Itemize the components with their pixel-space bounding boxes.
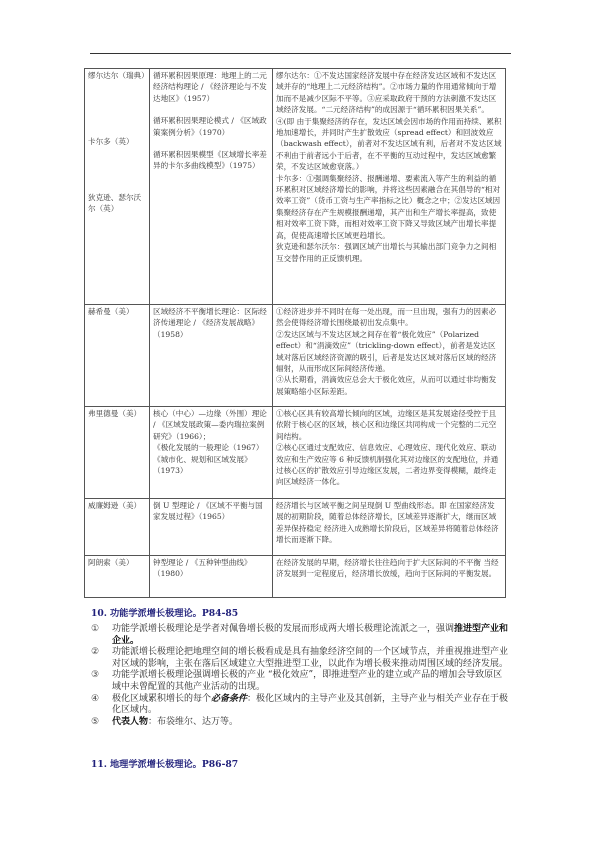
scholar-name: 弗里德曼（美） [88, 408, 146, 419]
table-row: 弗里德曼（美） 核心（中心）—边缘（外围）理论 / 《区域发展政策—委内瑞拉案例… [85, 407, 506, 499]
scholar-name: 卡尔多（英） [88, 136, 146, 147]
list-item: ④ 极化区域累积增长的每个必备条件：极化区域内的主导产业及其创新，主导产业与相关… [91, 694, 511, 717]
scholar-cell: 阿朗索（美） [85, 556, 150, 598]
theory-text: 钟型理论 / 《五种钟型曲线》（1980） [153, 557, 269, 580]
theory-text: 核心（中心）—边缘（外围）理论 / 《区域发展政策—委内瑞拉案例研究》（1966… [153, 408, 269, 442]
content-text: ③从长期看，涓滴效应总会大于极化效应，从而可以通过非均衡发展策略缩小区际差距。 [276, 374, 502, 397]
section-title: 功能学派增长极理论。P84-85 [110, 608, 238, 619]
content-text: ①核心区具有较高增长倾向的区域，边缘区是其发展途径受控于且依附于核心区的区域，核… [276, 408, 502, 442]
theory-text: 循环累积因果理论模式 / 《区域政策案例分析》（1970） [153, 115, 269, 138]
scholar-cell: 赫希曼（美） [85, 305, 150, 407]
list-item: ① 功能学派增长极理论是学者对佩鲁增长极的发展而形成两大增长极理论流派之一，强调… [91, 624, 511, 647]
theory-table: 缪尔达尔（瑞典） 卡尔多（英） 狄克逊、瑟尔沃尔（英） 循环累积因果原理：地理上… [84, 68, 506, 598]
table-row: 阿朗索（美） 钟型理论 / 《五种钟型曲线》（1980） 在经济发展的早期，经济… [85, 556, 506, 598]
scholar-cell: 威廉姆逊（美） [85, 499, 150, 556]
section-number: 11. [91, 759, 110, 771]
section-10-list: ① 功能学派增长极理论是学者对佩鲁增长极的发展而形成两大增长极理论流派之一，强调… [91, 624, 511, 728]
theory-cell: 钟型理论 / 《五种钟型曲线》（1980） [150, 556, 273, 598]
theory-cell: 核心（中心）—边缘（外围）理论 / 《区域发展政策—委内瑞拉案例研究》（1966… [150, 407, 273, 499]
theory-text: 《极化发展的一般理论（1967） [153, 442, 269, 453]
content-cell: 经济增长与区域平衡之间呈现倒 U 型曲线形态。即 在国家经济发展的初期阶段，随着… [273, 499, 506, 556]
theory-text: 循环累积因果模型《区域增长率差异的卡尔多曲线模型》（1975） [153, 149, 269, 172]
list-marker: ③ [91, 670, 112, 693]
scholar-name: 缪尔达尔（瑞典） [88, 70, 146, 81]
table-row: 赫希曼（美） 区域经济不平衡增长理论：区际经济传递理论 / 《经济发展战略》（1… [85, 305, 506, 407]
list-marker: ② [91, 647, 112, 670]
content-text: ②发达区域与不发达区域之间存在着“极化效应”（Polarized effect）… [276, 329, 502, 375]
theory-cell: 倒 U 型理论 / 《区域不平衡与国家发展过程》（1965） [150, 499, 273, 556]
theory-text: 《城市化、规划和区域发展》（1973） [153, 454, 269, 477]
table-row: 缪尔达尔（瑞典） 卡尔多（英） 狄克逊、瑟尔沃尔（英） 循环累积因果原理：地理上… [85, 69, 506, 305]
scholar-cell: 弗里德曼（美） [85, 407, 150, 499]
item-text: 功能派增长极理论把地理空间的增长极看成是具有抽象经济空间的一个区域节点，并重视推… [112, 647, 511, 670]
content-cell: 在经济发展的早期，经济增长往往趋向于扩大区际间的不平衡 当经济发展到一定程度后，… [273, 556, 506, 598]
item-bold-text: 代表人物 [112, 717, 148, 727]
theory-cell: 循环累积因果原理：地理上的二元经济结构理论 / 《经济理论与不发达地区》（195… [150, 69, 273, 305]
content-text: 狄克逊和瑟尔沃尔：强调区域产出增长与其输出部门竞争力之间相互交替作用的正反馈机理… [276, 241, 502, 264]
item-lead-text: 极化区域累积增长的每个 [112, 694, 211, 704]
item-text: 功能学派增长极理论强调增长极的产业 “极化效应”，即推进型产业的建立或产品的增加… [112, 670, 511, 693]
content-text: 经济增长与区域平衡之间呈现倒 U 型曲线形态。即 在国家经济发展的初期阶段，随着… [276, 500, 502, 546]
scholar-name: 狄克逊、瑟尔沃尔（英） [88, 192, 146, 215]
list-item: ⑤ 代表人物：布袋维尔、达万等。 [91, 717, 511, 729]
page-header-rule [90, 53, 511, 54]
scholar-name: 威廉姆逊（美） [88, 500, 146, 511]
list-marker: ① [91, 624, 112, 647]
content-cell: ①经济进步并不同时在每一处出现，而一旦出现，强有力的因素必然会使得经济增长围绕最… [273, 305, 506, 407]
theory-text: 区域经济不平衡增长理论：区际经济传递理论 / 《经济发展战略》（1958） [153, 306, 269, 340]
content-cell: ①核心区具有较高增长倾向的区域，边缘区是其发展途径受控于且依附于核心区的区域，核… [273, 407, 506, 499]
table-row: 威廉姆逊（美） 倒 U 型理论 / 《区域不平衡与国家发展过程》（1965） 经… [85, 499, 506, 556]
section-number: 10. [91, 608, 110, 620]
section-11-heading: 11.地理学派增长极理论。P86-87 [91, 759, 238, 771]
content-cell: 缪尔达尔：①不发达国家经济发展中存在经济发达区域和不发达区域并存的“地理上二元经… [273, 69, 506, 305]
section-10-heading: 10.功能学派增长极理论。P84-85 [91, 608, 238, 620]
theory-text: 倒 U 型理论 / 《区域不平衡与国家发展过程》（1965） [153, 500, 269, 523]
content-text: ②核心区通过支配效应、信息效应、心理效应、现代化效应、联动效应和生产效应等 6 … [276, 442, 502, 488]
list-marker: ④ [91, 694, 112, 717]
theory-cell: 区域经济不平衡增长理论：区际经济传递理论 / 《经济发展战略》（1958） [150, 305, 273, 407]
theory-text: 循环累积因果原理：地理上的二元经济结构理论 / 《经济理论与不发达地区》（195… [153, 70, 269, 104]
content-text: 缪尔达尔：①不发达国家经济发展中存在经济发达区域和不发达区域并存的“地理上二元经… [276, 70, 502, 173]
item-text: 功能学派增长极理论是学者对佩鲁增长极的发展而形成两大增长极理论流派之一，强调 [112, 624, 454, 634]
list-item: ② 功能派增长极理论把地理空间的增长极看成是具有抽象经济空间的一个区域节点，并重… [91, 647, 511, 670]
item-bold-text: 必备条件 [211, 694, 247, 704]
content-text: ①经济进步并不同时在每一处出现，而一旦出现，强有力的因素必然会使得经济增长围绕最… [276, 306, 502, 329]
content-text: 卡尔多：①强调集聚经济、报酬递增、要素流入等产生的利益的循环累积对区域经济增长的… [276, 173, 502, 241]
list-item: ③ 功能学派增长极理论强调增长极的产业 “极化效应”，即推进型产业的建立或产品的… [91, 670, 511, 693]
item-text: ：布袋维尔、达万等。 [148, 717, 238, 727]
scholar-name: 阿朗索（美） [88, 557, 146, 568]
scholar-cell: 缪尔达尔（瑞典） 卡尔多（英） 狄克逊、瑟尔沃尔（英） [85, 69, 150, 305]
list-marker: ⑤ [91, 717, 112, 729]
scholar-name: 赫希曼（美） [88, 306, 146, 317]
content-text: 在经济发展的早期，经济增长往往趋向于扩大区际间的不平衡 当经济发展到一定程度后，… [276, 557, 502, 580]
section-title: 地理学派增长极理论。P86-87 [110, 759, 238, 770]
